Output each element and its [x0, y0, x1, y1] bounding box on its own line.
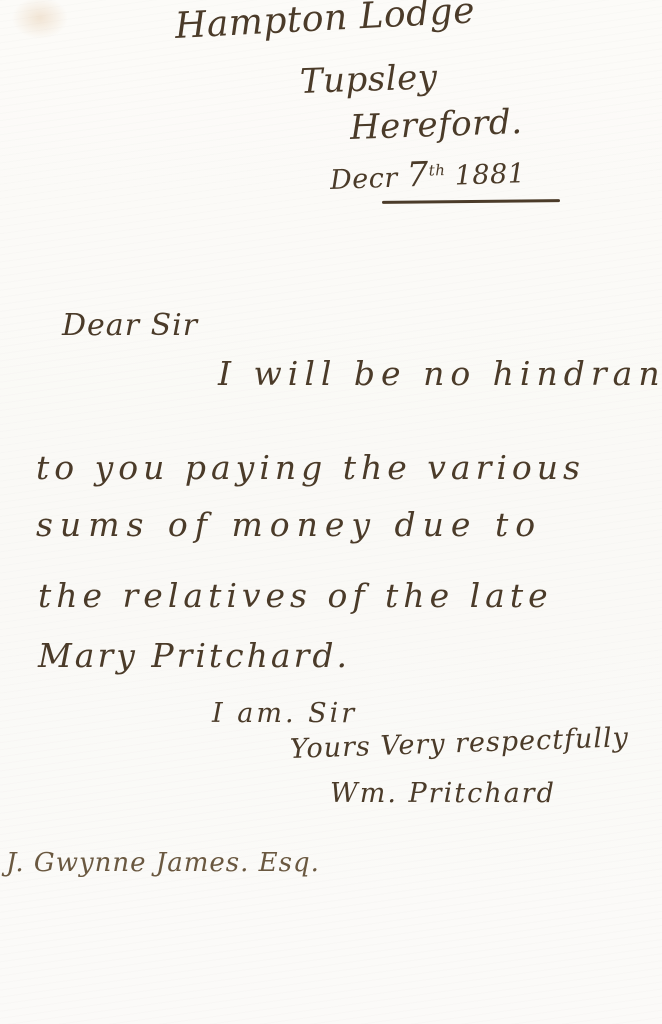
body-line-2: to you paying the various — [36, 448, 585, 487]
date-underline — [382, 199, 560, 204]
address-line-2: Tupsley — [299, 57, 438, 102]
address-line-1: Hampton Lodge — [174, 0, 476, 47]
date-day-suffix: th — [428, 161, 445, 180]
signature: Wm. Pritchard — [330, 778, 556, 809]
salutation: Dear Sir — [62, 308, 198, 343]
date-year: 1881 — [454, 158, 526, 191]
body-line-3: sums of money due to — [36, 505, 542, 544]
body-line-4: the relatives of the late — [38, 576, 553, 615]
recipient-name: J. Gwynne James. Esq. — [6, 848, 320, 878]
letter-page: Hampton Lodge Tupsley Hereford. Decr 7th… — [0, 0, 662, 1024]
date-month: Decr — [330, 163, 399, 196]
closing-line-1: I am. Sir — [212, 698, 357, 729]
letter-date: Decr 7th 1881 — [329, 151, 526, 198]
body-line-5: Mary Pritchard. — [38, 636, 350, 675]
date-day: 7 — [406, 155, 430, 196]
body-line-1: I will be no hindrance — [218, 354, 662, 393]
address-line-3: Hereford. — [349, 102, 523, 148]
